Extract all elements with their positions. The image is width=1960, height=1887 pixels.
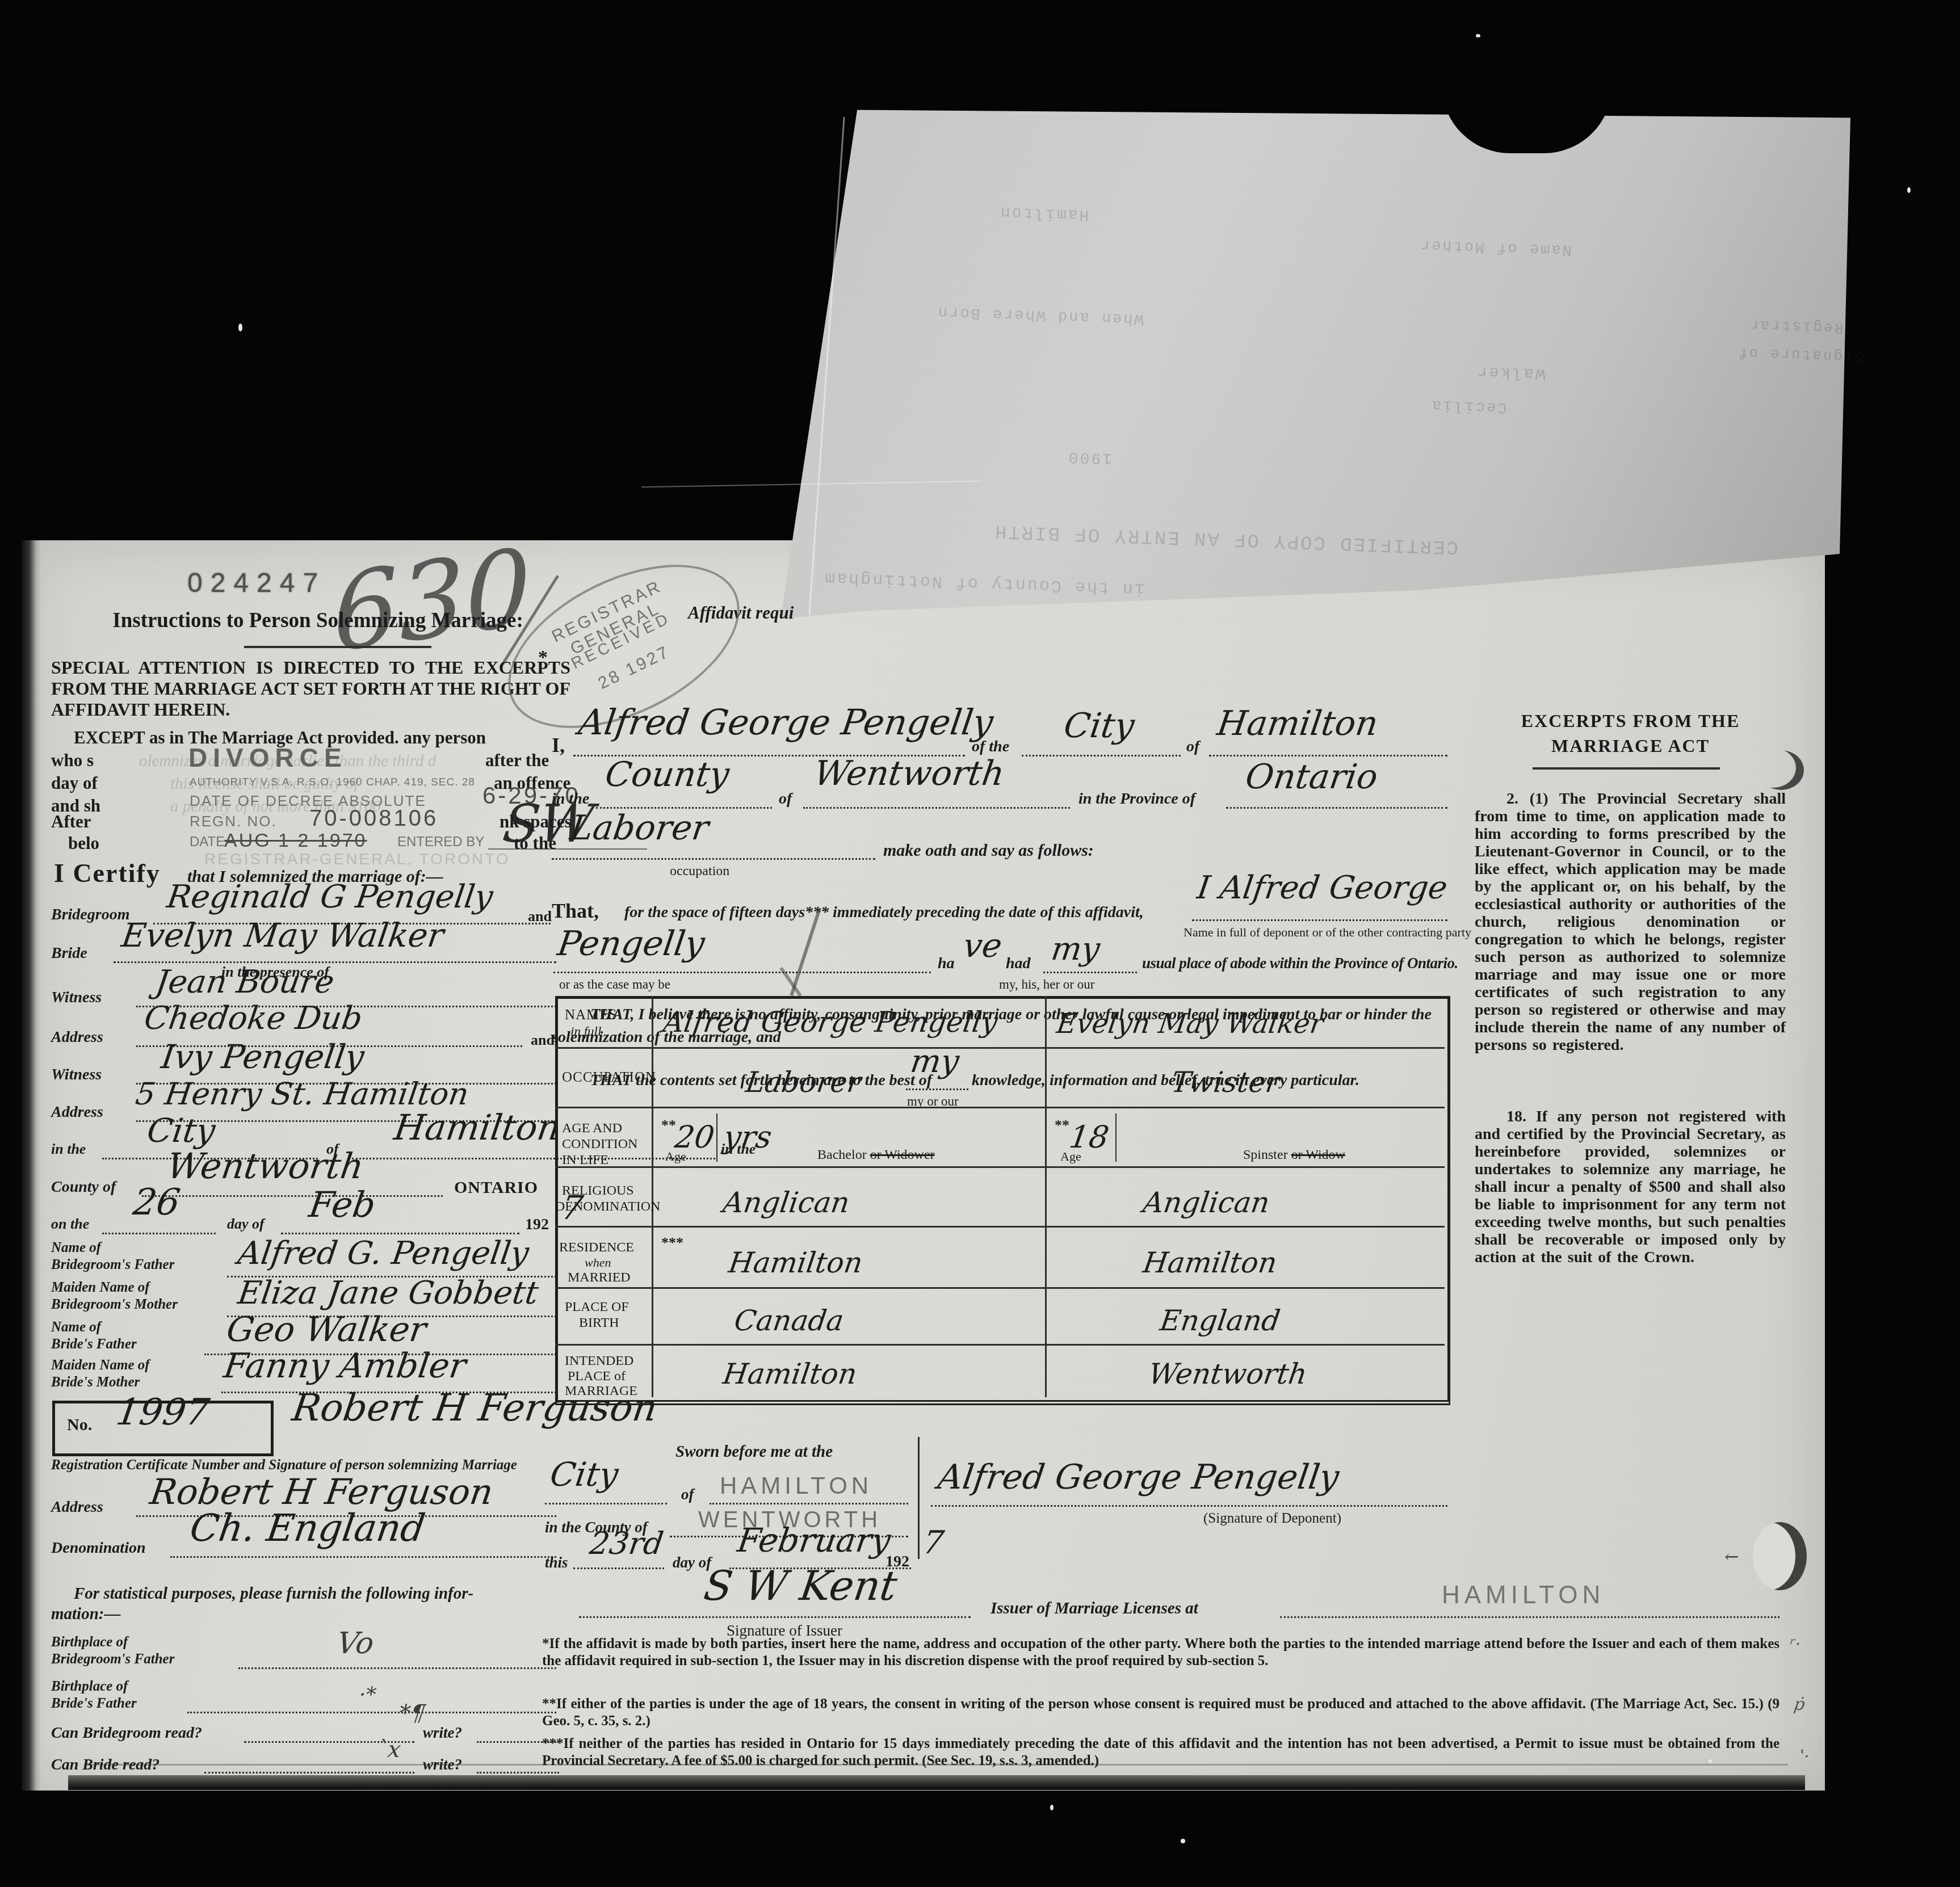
bpgf-label1: Birthplace of <box>51 1634 128 1650</box>
bleed-fragment: Registrar <box>1748 316 1844 337</box>
bridegroom-value: Reginald G Pengelly <box>165 879 496 915</box>
groom-age-tick <box>716 1113 717 1162</box>
groom-age-caption: Age <box>665 1149 686 1164</box>
row3-label2: CONDITION <box>562 1137 637 1152</box>
ontario-label: ONTARIO <box>454 1178 538 1197</box>
row5-label1: RESIDENCE <box>559 1240 634 1255</box>
excerpts-title1: EXCERPTS FROM THE <box>1476 711 1785 732</box>
table-row-sep6 <box>555 1344 1445 1346</box>
pencil-arrow-mark: ← <box>1723 1547 1740 1567</box>
frag-belo: belo <box>68 833 99 854</box>
bpgf-mark: Vo <box>335 1627 376 1661</box>
bride-age-stars: ** <box>1055 1117 1069 1134</box>
table-row-sep5 <box>555 1287 1445 1289</box>
issuer-sig-leader <box>579 1616 971 1618</box>
frag-tothe: to the <box>514 833 556 854</box>
no-label: No. <box>67 1415 92 1435</box>
ghost-toronto: REGISTRAR-GENERAL, TORONTO <box>204 850 510 868</box>
sworn-of: of <box>681 1486 694 1503</box>
row1-label: NAMES <box>565 1007 618 1023</box>
deponent-signature: Alfred George Pengelly <box>935 1457 1341 1497</box>
bride-line <box>114 961 556 963</box>
address1-label: Address <box>51 1028 103 1047</box>
issuer-label: Issuer of Marriage Licenses at <box>991 1599 1198 1618</box>
gmother-label1: Maiden Name of <box>51 1280 150 1296</box>
film-speck <box>1050 1805 1054 1810</box>
statistical-line1: For statistical purposes, please furnish… <box>74 1585 579 1603</box>
certify-gothic: I Certify <box>54 858 161 888</box>
county-hw: County <box>603 755 732 795</box>
deponent-name-hw: Alfred George Pengelly <box>576 701 996 743</box>
bpbf-label2: Bride's Father <box>51 1696 137 1712</box>
that-hw: I Alfred George <box>1195 869 1450 906</box>
bleed-fragment: Hamilton <box>999 203 1089 224</box>
bleed-fragment: Cecilia <box>1430 396 1507 416</box>
denomination-value: Ch. England <box>187 1506 428 1550</box>
cityname-value: Hamilton <box>392 1107 563 1148</box>
and-word-1: and <box>528 908 552 925</box>
county2-hw: Wentworth <box>812 754 1007 793</box>
onthe-label: on the <box>51 1216 89 1233</box>
sworn-city-hw: City <box>548 1455 621 1494</box>
write2-label: write? <box>423 1756 462 1773</box>
row7-label2: PLACE of <box>568 1369 626 1384</box>
groom-status-struck: or Widower <box>870 1148 935 1162</box>
dayof-label: day of <box>227 1216 265 1233</box>
gmother-value: Eliza Jane Gobbett <box>236 1275 541 1312</box>
abode-label: usual place of abode within the Province… <box>1142 955 1458 972</box>
bride-name: Evelyn May Walker <box>1055 1008 1325 1040</box>
divorce-stamp-title: DIVORCE <box>188 742 347 773</box>
bride-status-struck: or Widow <box>1291 1148 1345 1162</box>
row6-label2: BIRTH <box>579 1316 619 1331</box>
row4-label2: DENOMINATION <box>555 1199 660 1214</box>
bride-value: Evelyn May Walker <box>119 916 446 955</box>
address3-label: Address <box>51 1498 103 1516</box>
surname-hw: Pengelly <box>555 924 707 964</box>
bmother-label1: Maiden Name of <box>51 1358 150 1373</box>
denomination-line <box>170 1556 556 1558</box>
excerpts-rule <box>1533 767 1720 770</box>
row4-label1: RELIGIOUS <box>562 1183 634 1199</box>
occupation-hw: Laborer <box>568 808 711 848</box>
serial-number-stamp: 024247 <box>187 568 326 599</box>
punch-hole-crescent-top <box>1758 750 1804 790</box>
excerpts-title2: MARRIAGE ACT <box>1476 736 1785 757</box>
table-column-divider <box>1045 996 1047 1397</box>
instructions-heading: Instructions to Person Solemnizing Marri… <box>62 608 573 633</box>
bmother-label2: Bride's Mother <box>51 1375 140 1390</box>
can-bride-line1 <box>204 1772 414 1773</box>
sworn-day-leader <box>573 1567 664 1569</box>
can-bride-line2 <box>477 1772 559 1773</box>
witness1-label: Witness <box>51 989 102 1007</box>
can-bridegroom-mark: *¶ <box>397 1700 427 1726</box>
name-caption: Name in full of deponent or of the other… <box>1183 925 1471 940</box>
denomination-label: Denomination <box>51 1539 145 1557</box>
city2-hw: Hamilton <box>1215 704 1380 743</box>
my-leader <box>1043 972 1137 973</box>
film-speck <box>1181 1839 1185 1843</box>
sworn-label: Sworn before me at the <box>675 1443 833 1461</box>
bpgf-line <box>238 1667 556 1669</box>
row6-label1: PLACE OF <box>565 1300 629 1315</box>
groom-age: 20 yrs <box>673 1119 774 1155</box>
except-frag-who: who s <box>51 750 94 771</box>
sworn-city-stamp: HAMILTON <box>720 1472 872 1499</box>
bride-intended-place: Wentworth <box>1147 1358 1309 1390</box>
ha-label: ha <box>938 955 955 973</box>
line1-leader2 <box>1022 755 1181 757</box>
bride-status-word: Spinster <box>1243 1148 1291 1162</box>
issuer-signature: S W Kent <box>701 1562 900 1609</box>
address1-value: Chedoke Dub <box>142 1000 364 1037</box>
and-word-2: and <box>531 1032 555 1049</box>
statistical-line2: mation:— <box>51 1605 120 1624</box>
footnote-star: *If the affidavit is made by both partie… <box>542 1636 1779 1670</box>
case-caption: or as the case may be <box>559 977 670 992</box>
inthe1-label: in the <box>51 1141 86 1158</box>
divorce-stamp-authority: AUTHORITY V.S.A. R.S.O. 1960 CHAP. 419, … <box>190 776 475 789</box>
table-row-sep2 <box>555 1107 1445 1108</box>
bridegroom-label: Bridegroom <box>51 906 129 924</box>
sworn-this-label: this <box>545 1554 568 1571</box>
i-label: I, <box>552 733 565 757</box>
row7-label1: INTENDED <box>565 1354 633 1369</box>
row7-label3: MARRIAGE <box>565 1384 637 1399</box>
line2-leader3 <box>1226 807 1447 809</box>
bride-label: Bride <box>51 944 87 963</box>
except-frag-after: after the <box>485 750 549 771</box>
heading-rule <box>244 646 431 648</box>
groom-status-word: Bachelor <box>817 1148 870 1162</box>
my-hw: my <box>1049 931 1102 968</box>
that-leader <box>1192 919 1447 921</box>
sworn-month-hw: February <box>735 1521 893 1560</box>
groom-residence: Hamilton <box>727 1246 864 1279</box>
table-label-divider <box>652 996 653 1397</box>
can-bridegroom-label: Can Bridegroom read? <box>51 1724 202 1742</box>
excerpts-paragraph-2: 2. (1) The Provincial Secretary shall fr… <box>1475 790 1786 1054</box>
had-label: had <box>1006 955 1031 973</box>
province-hw: Ontario <box>1243 757 1380 797</box>
month-value: Feb <box>307 1184 378 1225</box>
bpgf-label2: Bridegroom's Father <box>51 1651 174 1667</box>
groom-religion: Anglican <box>721 1186 851 1219</box>
sworn-dayof-label: day of <box>673 1554 711 1571</box>
occupation-caption: occupation <box>670 864 729 879</box>
gfather-value: Alfred G. Pengelly <box>236 1235 531 1272</box>
county-value: Wentworth <box>165 1145 366 1187</box>
punch-hole-bottom <box>1753 1522 1807 1590</box>
row1-label2: in full <box>570 1024 601 1039</box>
divorce-regn-label: REGN. NO. <box>190 813 277 830</box>
no-value: 1997 <box>114 1392 212 1434</box>
bfather-value: Geo Walker <box>224 1310 429 1350</box>
groom-occupation: Laborer <box>744 1066 863 1099</box>
gfather-label1: Name of <box>51 1240 101 1256</box>
county-line <box>142 1195 443 1197</box>
bride-age-caption: Age <box>1060 1149 1081 1164</box>
issuer-place-leader <box>1280 1616 1779 1618</box>
witness2-value: Ivy Pengelly <box>159 1037 367 1076</box>
that-bold: That, <box>552 899 599 923</box>
bfather-label2: Bride's Father <box>51 1337 137 1352</box>
divorce-date-value: AUG 1 2 1970 <box>224 830 367 852</box>
line3-leader <box>552 858 875 860</box>
city-value: City <box>145 1111 218 1150</box>
bride-birthplace: England <box>1158 1304 1282 1337</box>
line2-leader2 <box>803 807 1070 809</box>
residence-stars: *** <box>661 1234 683 1251</box>
divorce-entered-line <box>488 848 647 850</box>
gmother-label2: Bridegroom's Mother <box>51 1297 178 1313</box>
deponent-caption: (Signature of Deponent) <box>1203 1511 1341 1527</box>
film-speck <box>238 323 242 331</box>
row5-label2: when <box>585 1255 611 1270</box>
city-hw: City <box>1061 706 1137 746</box>
scanned-document-page: CERTIFIED COPY OF AN ENTRY OF BIRTH in t… <box>0 0 1960 1887</box>
row3-label3: IN LIFE <box>562 1153 608 1168</box>
bleed-fragment: 1900 <box>1067 448 1112 467</box>
bleed-fragment: Walker <box>1475 362 1545 383</box>
can-bride-mark: `x <box>375 1737 402 1763</box>
footnote-double-star: **If either of the parties is under the … <box>542 1696 1779 1730</box>
deponent-sig-leader <box>931 1505 1447 1507</box>
oath-label: make oath and say as follows: <box>883 841 1094 860</box>
divorce-entered-label: ENTERED BY <box>397 834 484 850</box>
bride-residence: Hamilton <box>1141 1246 1279 1279</box>
page-stack-edge-band <box>68 1775 1805 1790</box>
groom-status: Bachelor or Widower <box>817 1148 935 1163</box>
row2-label: OCCUPATION <box>562 1070 656 1086</box>
day-line <box>102 1233 216 1234</box>
row3-label1: AGE AND <box>562 1121 622 1136</box>
divorce-regn-value: 70-008106 <box>309 806 438 831</box>
surname-leader <box>553 972 931 973</box>
bride-status: Spinster or Widow <box>1243 1148 1345 1163</box>
witness2-label: Witness <box>51 1066 102 1084</box>
bmother-value: Fanny Ambler <box>221 1346 468 1386</box>
film-speck <box>1476 34 1480 37</box>
my-caption: my, his, her or our <box>999 977 1094 992</box>
line1-leader3 <box>1209 755 1447 757</box>
gfather-label2: Bridegroom's Father <box>51 1257 174 1273</box>
bpbf-line <box>187 1712 556 1713</box>
day-value: 26 <box>131 1182 183 1224</box>
frag-nk: nk spaces <box>500 812 572 832</box>
county-label: County of <box>51 1178 116 1196</box>
excerpts-paragraph-18: 18. If any person not registered with an… <box>1475 1108 1786 1266</box>
sworn-city-leader <box>545 1503 667 1504</box>
ve-hw: ve <box>961 926 1005 965</box>
row5-label3: MARRIED <box>568 1270 631 1285</box>
table-row-sep3 <box>555 1166 1445 1168</box>
inthe-label: in the <box>552 790 589 808</box>
groom-birthplace: Canada <box>732 1304 846 1337</box>
footnote-triple-star: ***If neither of the parties has resided… <box>542 1735 1779 1770</box>
groom-intended-place: Hamilton <box>721 1358 859 1390</box>
can-bride-label: Can Bride read? <box>51 1756 160 1774</box>
write1-label: write? <box>423 1724 462 1742</box>
sworn-divider <box>918 1437 920 1559</box>
bpbf-label1: Birthplace of <box>51 1679 128 1695</box>
bride-religion: Anglican <box>1141 1186 1271 1219</box>
month-line <box>281 1233 519 1234</box>
address2-label: Address <box>51 1103 103 1121</box>
groom-age-stars: ** <box>661 1117 676 1134</box>
attention-paragraph: SPECIAL ATTENTION IS DIRECTED TO THE EXC… <box>51 657 570 720</box>
of2-label: of <box>779 790 792 808</box>
bride-occupation: Twister <box>1169 1066 1282 1099</box>
province-label: in the Province of <box>1078 790 1195 808</box>
frag-after2: After <box>51 812 91 832</box>
except-frag-day: day of <box>51 773 98 793</box>
torn-left-edge <box>22 540 41 1791</box>
table-row-sep1 <box>555 1047 1445 1049</box>
groom-name: Alfred George Pengelly <box>661 1006 1000 1039</box>
witness1-value: Jean Boure <box>153 964 337 1001</box>
bride-age-tick <box>1115 1113 1117 1162</box>
film-speck <box>1709 1759 1712 1763</box>
that-text: for the space of fifteen days*** immedia… <box>624 903 1144 922</box>
table-row-sep4 <box>555 1226 1445 1228</box>
bfather-label1: Name of <box>51 1319 101 1335</box>
issuer-place-stamp: HAMILTON <box>1442 1581 1605 1609</box>
year-print: 192 <box>525 1216 549 1234</box>
of-label: of <box>1186 738 1199 756</box>
bpbf-mark: ·* <box>358 1683 377 1707</box>
sworn-city-leader2 <box>710 1503 908 1504</box>
film-speck <box>1907 187 1911 193</box>
sworn-day-hw: 23rd <box>587 1525 666 1561</box>
divorce-date-label: DATE <box>190 834 225 850</box>
